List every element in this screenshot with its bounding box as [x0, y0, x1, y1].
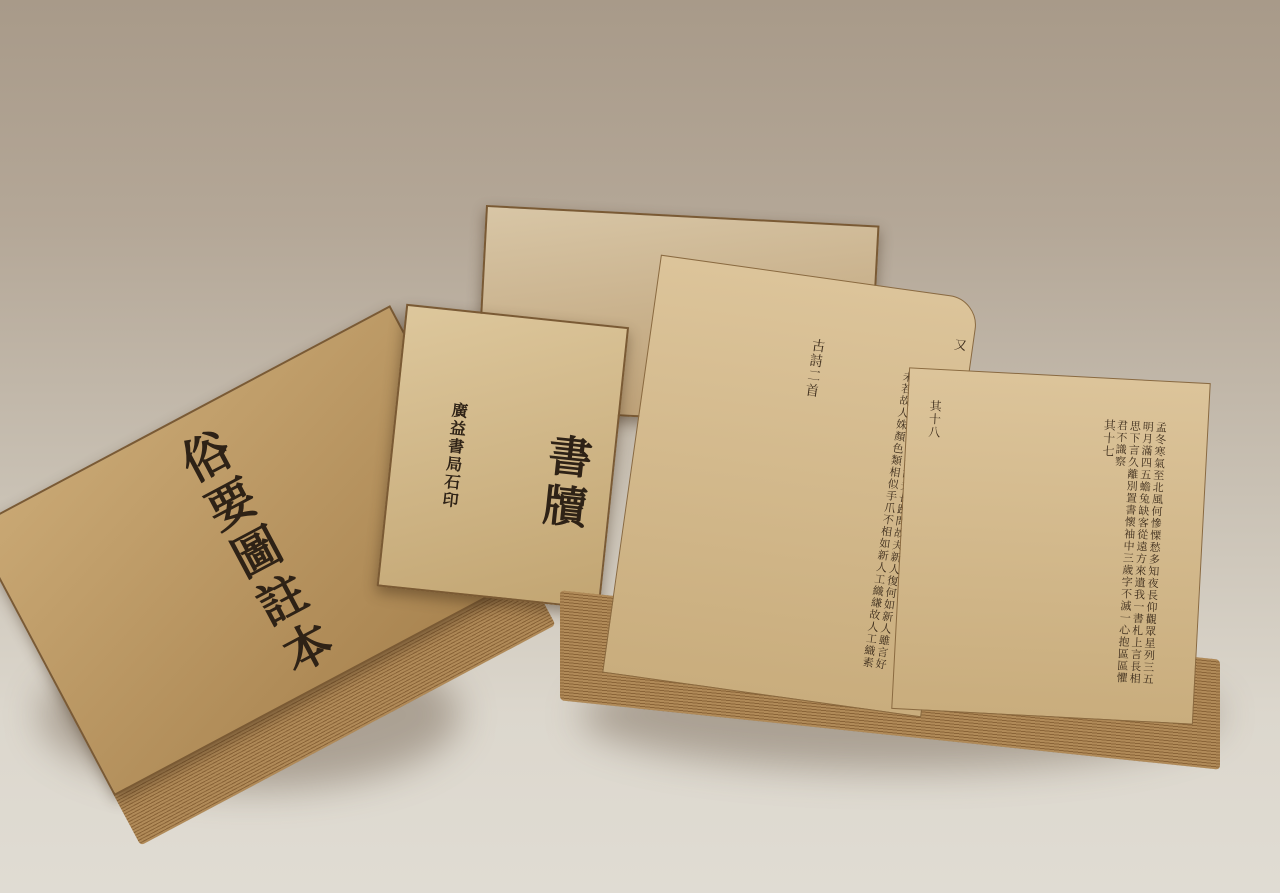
- left-book-title: 俗要圖註本: [160, 420, 348, 691]
- right-page: 其十七 其十八 孟冬寒氣至北風何慘慄愁多知夜長仰觀眾星列三五明月滿四五蟾兔缺客從…: [891, 367, 1210, 724]
- photo-scene: 俗要圖註本 廣益書局石印 書牘 古詩二首 又 上山采蘼蕪下山逢故夫長跪問故夫新人…: [0, 0, 1280, 893]
- right-page-body: 孟冬寒氣至北風何慘慄愁多知夜長仰觀眾星列三五明月滿四五蟾兔缺客從遠方來遺我一書札…: [934, 410, 1168, 691]
- open-book: 古詩二首 又 上山采蘼蕪下山逢故夫長跪問故夫新人復何如新人雖言好未若故人姝顏色類…: [560, 255, 1240, 755]
- left-page-body: 上山采蘼蕪下山逢故夫長跪問故夫新人復何如新人雖言好未若故人姝顏色類相似手爪不相如…: [629, 338, 928, 671]
- publisher-label: 廣益書局石印: [437, 401, 471, 511]
- left-page-label: 又: [949, 337, 966, 369]
- right-page-marker-2: 其十八: [926, 399, 942, 450]
